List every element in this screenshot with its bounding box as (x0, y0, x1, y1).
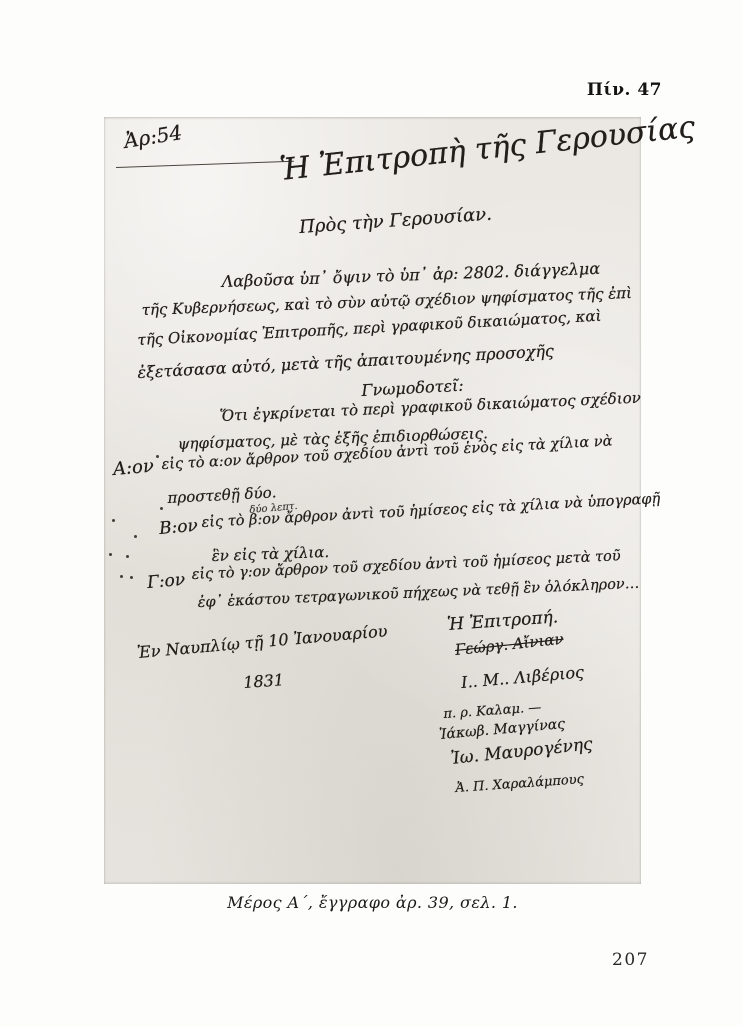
doc-year: 1831 (243, 670, 285, 692)
doc-dateline: Ἐν Ναυπλίῳ τῇ 10 Ἰανουαρίου (136, 621, 388, 662)
ink-dot (126, 555, 129, 558)
ink-dot (156, 455, 159, 458)
ink-dot (120, 575, 123, 578)
doc-salutation: Πρὸς τὴν Γερουσίαν. (299, 204, 493, 238)
plate-label: Πίν. 47 (587, 80, 662, 100)
ink-dot (134, 535, 137, 538)
body-line: ἐξετάσασα αὐτό, μετὰ τῆς ἀπαιτουμένης πρ… (137, 341, 554, 382)
figure-caption: Μέρος Α΄, ἔγγραφο ἀρ. 39, σελ. 1. (104, 893, 641, 912)
doc-title: Ἡ Ἐπιτροπὴ τῆς Γερουσίας (278, 110, 696, 188)
doc-ref-number: Ἀρ:54 (122, 120, 183, 153)
ink-dot (130, 576, 133, 579)
item-marker: Α:ον (112, 456, 155, 480)
ref-number-underline (116, 161, 294, 168)
item-line: ἐφ᾽ ἑκάστου τετραγωνικοῦ πήχεως νὰ τεθῇ … (197, 576, 639, 611)
book-page: Πίν. 47 Ἀρ:54 Ἡ Ἐπιτροπὴ τῆς Γερουσίας Π… (0, 0, 743, 1027)
signature: Γεώργ. Αἴνιαν (454, 630, 564, 659)
signature: Ι.. Μ.. Λιβέριος (460, 662, 584, 692)
item-marker: Γ:ον (146, 570, 186, 593)
item-marker: Β:ον (158, 516, 198, 539)
ink-dot (112, 519, 115, 522)
ink-dot (109, 553, 112, 556)
facsimile-scan: Ἀρ:54 Ἡ Ἐπιτροπὴ τῆς Γερουσίας Πρὸς τὴν … (104, 117, 641, 884)
page-number: 207 (612, 950, 649, 970)
signature: Ἀ. Π. Χαραλάμπους (455, 772, 584, 796)
ink-dot (160, 507, 163, 510)
